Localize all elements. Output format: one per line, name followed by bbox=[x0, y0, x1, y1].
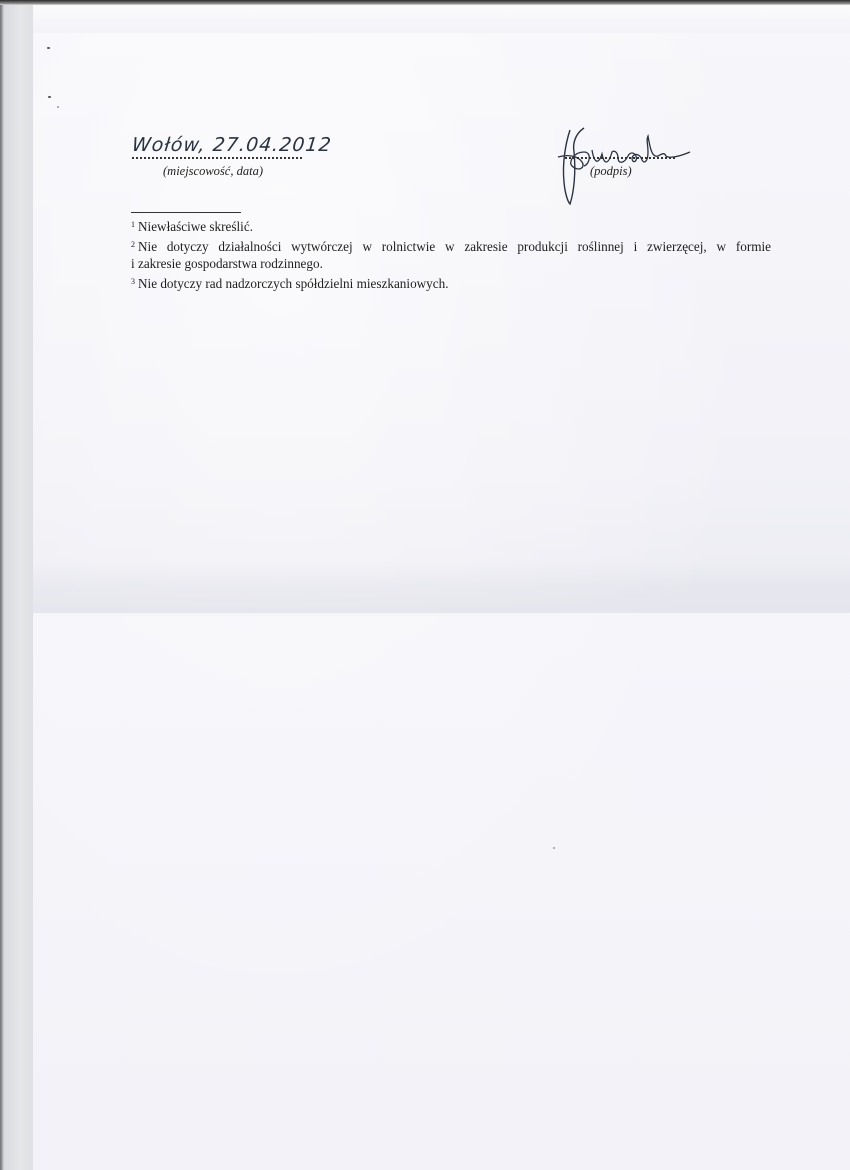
place-date-caption: (miejscowość, data) bbox=[163, 164, 263, 179]
footnote-2-line-2: i zakresie gospodarstwa rodzinnego. bbox=[131, 256, 323, 271]
dust-speck bbox=[57, 106, 59, 108]
footnote-marker: 2 bbox=[131, 240, 135, 249]
scanner-left-margin bbox=[0, 5, 33, 1170]
footnote-2-line-1: 2Nie dotyczy działalności wytwórczej w r… bbox=[131, 236, 771, 256]
paper-top-highlight bbox=[33, 5, 850, 33]
place-date-dotted-line bbox=[132, 157, 302, 159]
dust-speck bbox=[48, 96, 51, 98]
footnotes-block: 1Niewłaściwe skreślić. 2Nie dotyczy dzia… bbox=[131, 216, 771, 292]
footnote-text: Nie dotyczy rad nadzorczych spółdzielni … bbox=[138, 276, 449, 291]
footnote-marker: 3 bbox=[131, 277, 135, 286]
footnote-text: Niewłaściwe skreślić. bbox=[138, 219, 253, 234]
dust-speck bbox=[47, 47, 50, 49]
fold-shadow bbox=[33, 560, 850, 612]
signature-caption: (podpis) bbox=[590, 164, 632, 179]
handwritten-place-date: Wołów, 27.04.2012 bbox=[131, 134, 333, 156]
dust-speck bbox=[553, 847, 555, 849]
footnote-separator bbox=[131, 212, 241, 213]
signature-dotted-line bbox=[565, 157, 675, 159]
footnote-1: 1Niewłaściwe skreślić. bbox=[131, 216, 771, 236]
footnote-3: 3Nie dotyczy rad nadzorczych spółdzielni… bbox=[131, 273, 771, 293]
footnote-marker: 1 bbox=[131, 220, 135, 229]
scanned-page: Wołów, 27.04.2012 (miejscowość, data) (p… bbox=[0, 0, 850, 1170]
footnote-2: 2Nie dotyczy działalności wytwórczej w r… bbox=[131, 236, 771, 273]
paper-fold-line bbox=[33, 612, 850, 616]
footnote-text: Nie dotyczy działalności wytwórczej w ro… bbox=[138, 239, 771, 254]
